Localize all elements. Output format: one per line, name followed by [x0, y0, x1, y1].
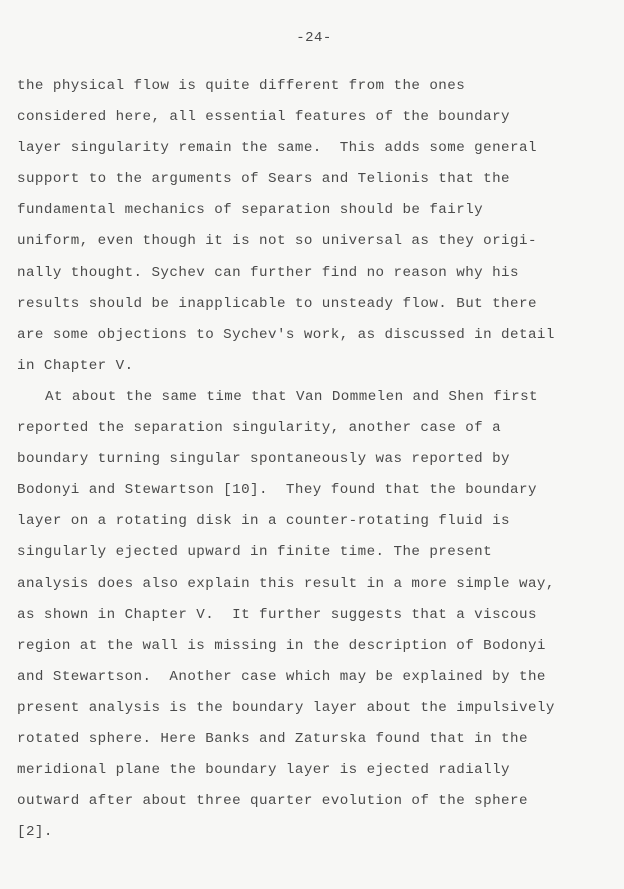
paragraph: the physical flow is quite different fro…	[17, 75, 617, 386]
text-line: and Stewartson. Another case which may b…	[17, 666, 617, 697]
text-line: in Chapter V.	[17, 355, 617, 386]
text-line: At about the same time that Van Dommelen…	[17, 386, 617, 417]
body-text: the physical flow is quite different fro…	[17, 75, 617, 852]
text-line: fundamental mechanics of separation shou…	[17, 199, 617, 230]
text-line: uniform, even though it is not so univer…	[17, 230, 617, 261]
text-line: rotated sphere. Here Banks and Zaturska …	[17, 728, 617, 759]
text-line: [2].	[17, 821, 617, 852]
document-page: -24- the physical flow is quite differen…	[0, 0, 624, 889]
text-line: Bodonyi and Stewartson [10]. They found …	[17, 479, 617, 510]
text-line: singularly ejected upward in finite time…	[17, 541, 617, 572]
text-line: results should be inapplicable to unstea…	[17, 293, 617, 324]
page-number: -24-	[0, 30, 624, 46]
text-line: meridional plane the boundary layer is e…	[17, 759, 617, 790]
text-line: are some objections to Sychev's work, as…	[17, 324, 617, 355]
text-line: present analysis is the boundary layer a…	[17, 697, 617, 728]
text-line: considered here, all essential features …	[17, 106, 617, 137]
text-line: nally thought. Sychev can further find n…	[17, 262, 617, 293]
text-line: reported the separation singularity, ano…	[17, 417, 617, 448]
paragraph: At about the same time that Van Dommelen…	[17, 386, 617, 852]
text-line: analysis does also explain this result i…	[17, 573, 617, 604]
text-line: layer on a rotating disk in a counter-ro…	[17, 510, 617, 541]
text-line: as shown in Chapter V. It further sugges…	[17, 604, 617, 635]
text-line: boundary turning singular spontaneously …	[17, 448, 617, 479]
text-line: layer singularity remain the same. This …	[17, 137, 617, 168]
text-line: outward after about three quarter evolut…	[17, 790, 617, 821]
text-line: support to the arguments of Sears and Te…	[17, 168, 617, 199]
text-line: region at the wall is missing in the des…	[17, 635, 617, 666]
text-line: the physical flow is quite different fro…	[17, 75, 617, 106]
